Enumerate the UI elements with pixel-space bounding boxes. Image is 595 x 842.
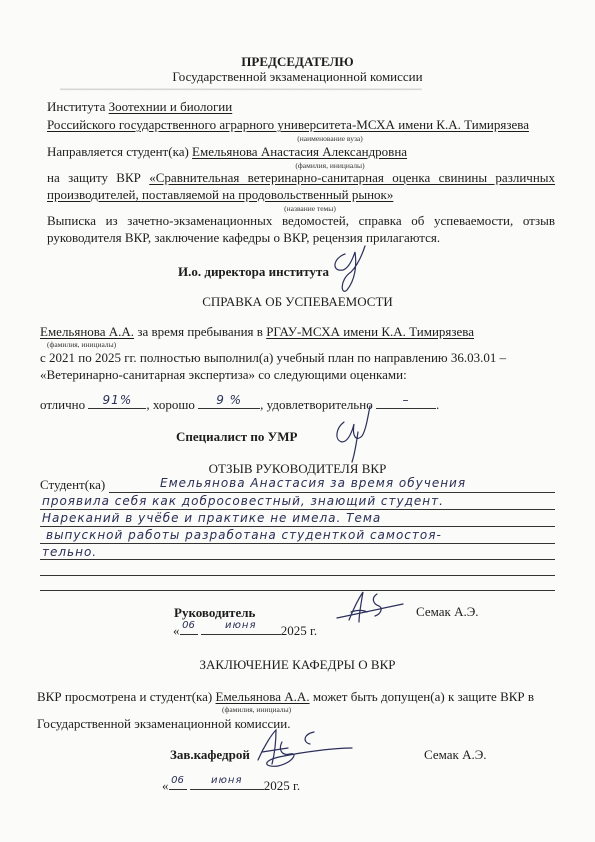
review-rule-4 (40, 543, 555, 544)
university-short: РГАУ-МСХА имени К.А. Тимирязева (266, 324, 474, 339)
referral-line: Направляется студент(ка) Емельянова Анас… (47, 144, 407, 160)
good-label: , хорошо (146, 397, 195, 412)
performance-student-line: Емельянова А.А. за время пребывания в РГ… (40, 324, 474, 340)
conclusion-prefix: ВКР просмотрена и студент(ка) (37, 689, 212, 704)
satisfactory-field: – (376, 396, 436, 409)
institute-line: Института Зоотехнии и биологии (47, 99, 232, 115)
date-month: июня (201, 618, 281, 634)
date-year: 2025 г. (281, 623, 317, 638)
review-prefix: Студент(ка) (40, 477, 105, 493)
grades-end: . (436, 397, 439, 412)
conclusion-title: ЗАКЛЮЧЕНИЕ КАФЕДРЫ О ВКР (0, 657, 595, 673)
attachments-line-1: Выписка из зачетно-экзаменационных ведом… (47, 213, 555, 229)
review-handwritten-line-1: Емельянова Анастасия за время обучения (160, 476, 466, 490)
conclusion-date-month: июня (190, 773, 264, 789)
supervisor-signature-icon (335, 590, 405, 626)
umr-signatory: Специалист по УМР (176, 429, 297, 445)
conclusion-line-1: ВКР просмотрена и студент(ка) Емельянова… (37, 689, 534, 705)
conclusion-line-2: Государственной экзаменационной комиссии… (37, 716, 290, 732)
conclusion-suffix: может быть допущен(а) к защите ВКР в (313, 689, 534, 704)
supervisor-name: Семак А.Э. (416, 604, 479, 620)
conclusion-date: «06 июня2025 г. (162, 777, 300, 794)
university-name: Российского государственного аграрного у… (47, 117, 529, 133)
review-handwritten-line-4: выпускной работы разработана студенткой … (46, 528, 442, 542)
institute-name: Зоотехнии и биологии (109, 99, 233, 114)
department-head-name: Семак А.Э. (424, 747, 487, 763)
review-rule-5 (40, 559, 555, 560)
document-page: ▔▔▔▔▔▔▔▔▔▔▔▔▔▔▔▔▔▔▔▔▔▔▔▔▔▔▔▔▔▔▔▔▔▔▔▔▔▔▔▔… (0, 0, 595, 842)
commission-heading: Государственной экзаменационной комиссии (0, 69, 595, 85)
addressee-heading: ПРЕДСЕДАТЕЛЮ (0, 54, 595, 70)
satisfactory-value: – (376, 392, 436, 408)
review-handwritten-line-5: тельно. (42, 545, 97, 559)
review-rule-1 (109, 492, 555, 493)
university-caption: (наименование вуза) (240, 134, 420, 143)
supervisor-date: «06 июня2025 г. (173, 622, 317, 639)
department-head-signature-icon (254, 726, 354, 771)
plan-line-1: с 2021 по 2025 гг. полностью выполнил(а)… (40, 350, 506, 366)
conclusion-date-day-field: 06 (169, 777, 187, 790)
plan-line-2: «Ветеринарно-санитарная экспертиза» со с… (40, 367, 407, 383)
excellent-field: 91% (88, 396, 146, 409)
performance-student-name: Емельянова А.А. (40, 324, 134, 339)
excellent-value: 91% (88, 392, 146, 408)
institute-prefix: Института (47, 99, 105, 114)
referral-prefix: Направляется студент(ка) (47, 144, 189, 159)
date-month-field: июня (201, 622, 281, 635)
conclusion-name-caption: (фамилия, инициалы) (222, 705, 291, 714)
topic-text-2: производителей, поставляемой на продовол… (47, 187, 393, 203)
good-field: 9 % (198, 396, 260, 409)
director-signatory: И.о. директора института (178, 264, 329, 280)
topic-caption: (название темы) (220, 204, 400, 213)
department-head-signatory: Зав.кафедрой (170, 747, 250, 763)
topic-line-1: на защиту ВКР «Сравнительная ветеринарно… (47, 170, 555, 186)
conclusion-date-year: 2025 г. (264, 778, 300, 793)
conclusion-date-day: 06 (169, 773, 187, 789)
name-caption: (фамилия, инициалы) (240, 161, 420, 170)
performance-name-caption: (фамилия, инициалы) (47, 340, 116, 349)
review-rule-2 (40, 509, 555, 510)
umr-signature-icon (332, 402, 372, 464)
date-day-field: 06 (180, 622, 198, 635)
review-handwritten-line-2: проявила себя как добросовестный, знающи… (42, 494, 444, 508)
grades-line: отлично 91%, хорошо 9 %, удовлетворитель… (40, 396, 439, 413)
attachments-line-2: руководителя ВКР, заключение кафедры о В… (47, 230, 440, 246)
review-title: ОТЗЫВ РУКОВОДИТЕЛЯ ВКР (0, 461, 595, 477)
review-rule-7 (40, 590, 555, 591)
topic-text-1: «Сравнительная ветеринарно-санитарная оц… (149, 170, 555, 185)
date-day: 06 (180, 618, 198, 634)
good-value: 9 % (198, 392, 260, 408)
conclusion-student-name: Емельянова А.А. (216, 689, 310, 704)
excellent-label: отлично (40, 397, 85, 412)
conclusion-date-month-field: июня (190, 777, 264, 790)
review-rule-6 (40, 575, 555, 576)
defense-prefix: на защиту ВКР (47, 170, 141, 185)
review-rule-3 (40, 526, 555, 527)
director-signature-icon (325, 236, 375, 296)
student-full-name: Емельянова Анастасия Александровна (192, 144, 407, 159)
stay-text: за время пребывания в (137, 324, 263, 339)
review-handwritten-line-3: Нареканий в учёбе и практике не имела. Т… (42, 511, 381, 525)
performance-title: СПРАВКА ОБ УСПЕВАЕМОСТИ (0, 294, 595, 310)
